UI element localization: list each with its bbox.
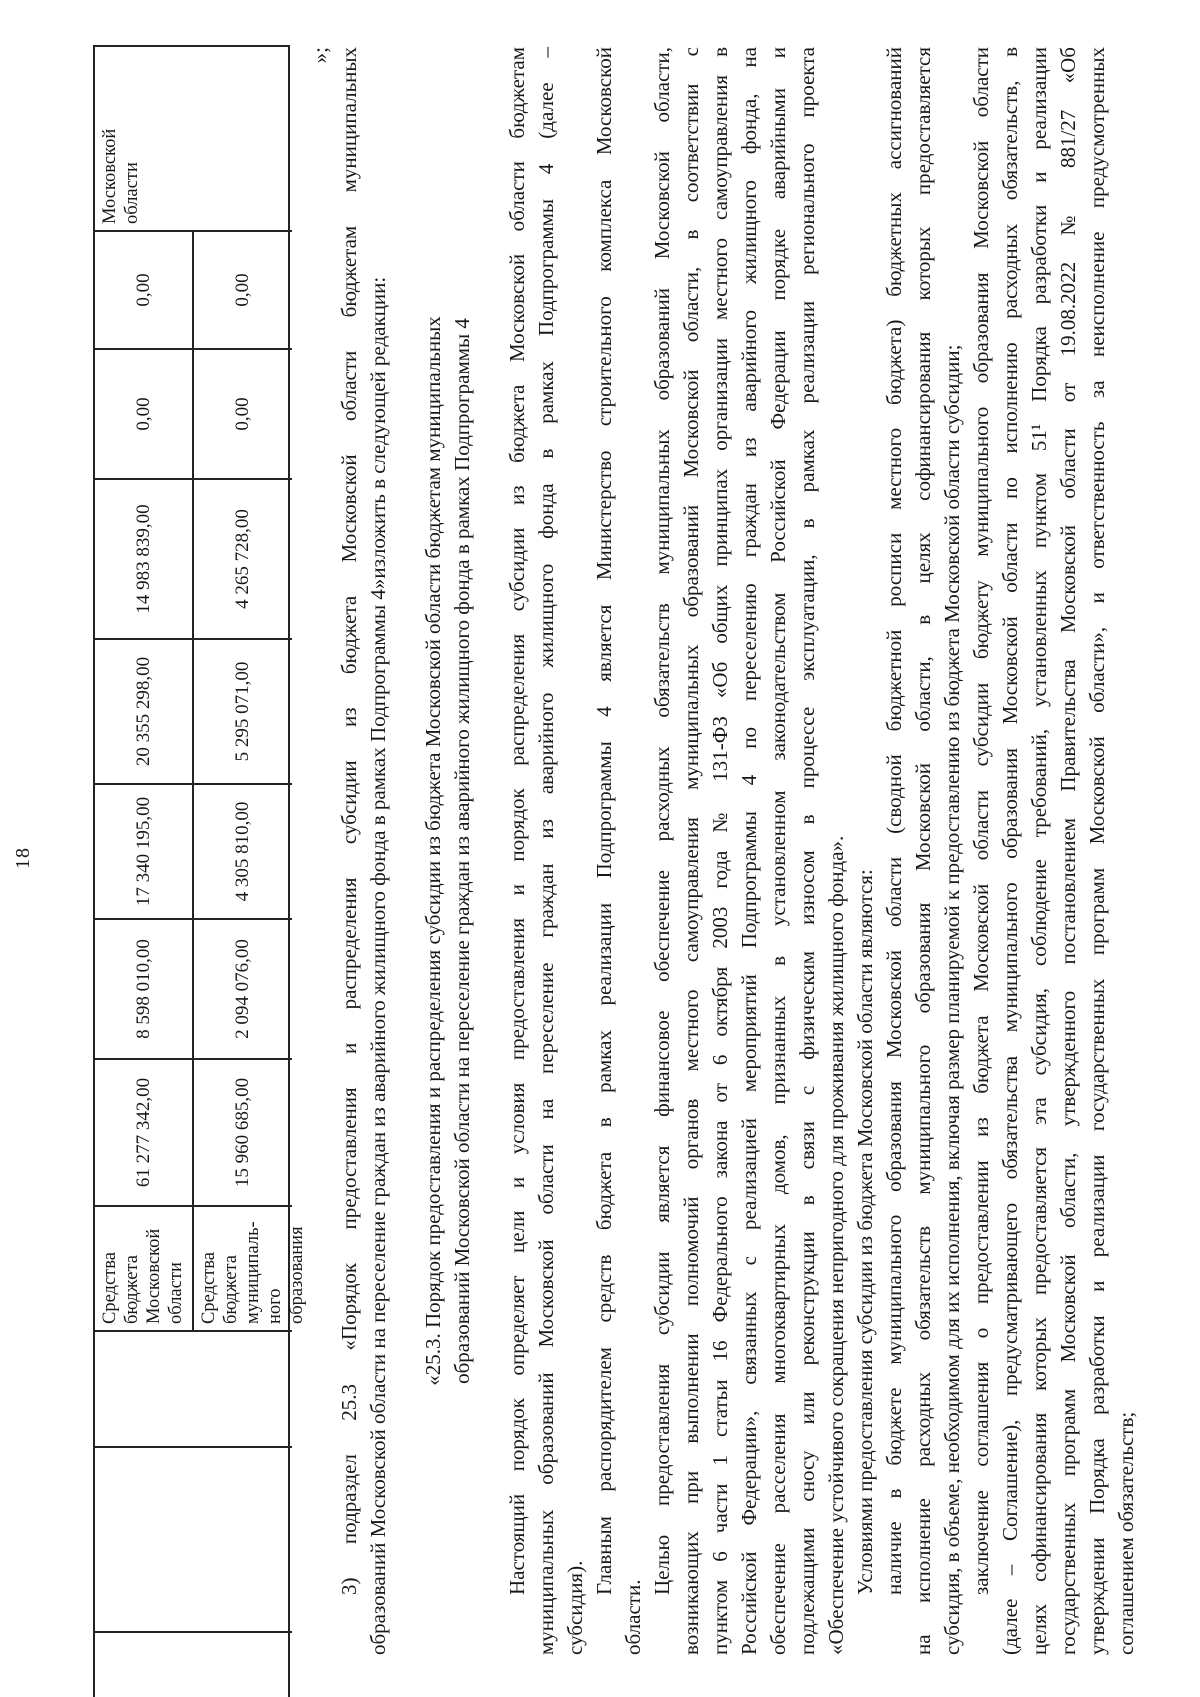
table-cell: 0,00 xyxy=(192,232,292,350)
text-line: пунктом 6 части 1 статьи 16 Федерального… xyxy=(706,47,735,1655)
text-line: образований Московской области на пересе… xyxy=(364,47,393,1655)
text-line: «Обеспечение устойчивого сокращения непр… xyxy=(822,47,851,1655)
text-line: соглашением обязательств; xyxy=(1112,47,1141,1655)
paragraph: заключение соглашения о предоставлении и… xyxy=(967,47,1141,1655)
text-line: заключение соглашения о предоставлении и… xyxy=(967,47,996,1655)
table-cell: 20 355 298,00 xyxy=(95,640,192,785)
table-cell: 4 265 728,00 xyxy=(192,480,292,640)
text-line: Российской Федерации», связанных с реали… xyxy=(735,47,764,1655)
table-cell: 61 277 342,00 xyxy=(95,1060,192,1207)
table-cell: 17 340 195,00 xyxy=(95,785,192,920)
text-line: субсидия, в объеме, необходимом для их и… xyxy=(938,47,967,1655)
table-cell: 4 305 810,00 xyxy=(192,785,292,920)
table-corner-cell: Московской области xyxy=(95,45,292,232)
table-cell-empty xyxy=(95,1332,292,1448)
text-line: подлежащими сносу или реконструкции в св… xyxy=(793,47,822,1655)
table-cell: 0,00 xyxy=(95,232,192,350)
table-cell: 5 295 071,00 xyxy=(192,640,292,785)
body-text: »; 3) подраздел 25.3 «Порядок предоставл… xyxy=(306,47,1141,1655)
table-cell: 0,00 xyxy=(95,350,192,480)
text-line: области. xyxy=(619,47,648,1655)
table-cell-empty xyxy=(95,1448,292,1633)
table-cell-empty-cut xyxy=(95,1633,292,1697)
heading-line: образований Московской области на пересе… xyxy=(448,47,477,1655)
text-line: возникающих при выполнении полномочий ор… xyxy=(677,47,706,1655)
text-line: (далее – Соглашение), предусматривающего… xyxy=(996,47,1025,1655)
table-cell: 14 983 839,00 xyxy=(95,480,192,640)
paragraph-item3: 3) подраздел 25.3 «Порядок предоставлени… xyxy=(335,47,393,1655)
text-line: целях софинансирования которых предостав… xyxy=(1025,47,1054,1655)
section-heading: «25.3. Порядок предоставления и распреде… xyxy=(419,47,477,1655)
table-row2-header: Средства бюджета муниципаль- ного образо… xyxy=(192,1207,292,1332)
page-number: 18 xyxy=(12,816,35,900)
table-row1-header: Средства бюджета Московской области xyxy=(95,1207,192,1332)
table-cell: 2 094 076,00 xyxy=(192,920,292,1060)
budget-table: Средства бюджета Московской области 61 2… xyxy=(93,45,290,1697)
table-cell: 8 598 010,00 xyxy=(95,920,192,1060)
paragraph: наличие в бюджете муниципального образов… xyxy=(880,47,967,1655)
table-cell: 15 960 685,00 xyxy=(192,1060,292,1207)
scanned-page: 18 Средства бюджета Московской области 6… xyxy=(0,0,1200,1697)
paragraph: Условиями предоставления субсидии из бюд… xyxy=(851,47,880,1655)
text-line: субсидия). xyxy=(561,47,590,1655)
text-line: муниципальных образований Московской обл… xyxy=(532,47,561,1655)
heading-line: «25.3. Порядок предоставления и распреде… xyxy=(419,47,448,1655)
text-line: наличие в бюджете муниципального образов… xyxy=(880,47,909,1655)
text-line: Условиями предоставления субсидии из бюд… xyxy=(851,47,880,1655)
text-line: Настоящий порядок определяет цели и усло… xyxy=(503,47,532,1655)
text-line: государственных программ Московской обла… xyxy=(1054,47,1083,1655)
text-line: Главным распорядителем средств бюджета в… xyxy=(590,47,619,1655)
text-line: обеспечение расселения многоквартирных д… xyxy=(764,47,793,1655)
text-line: на исполнение расходных обязательств мун… xyxy=(909,47,938,1655)
table-cell: 0,00 xyxy=(192,350,292,480)
text-line: 3) подраздел 25.3 «Порядок предоставлени… xyxy=(335,47,364,1655)
closing-quote: »; xyxy=(306,47,335,1655)
text-line: Целью предоставления субсидии является ф… xyxy=(648,47,677,1655)
paragraph: Целью предоставления субсидии является ф… xyxy=(648,47,851,1655)
text-line: утверждении Порядка разработки и реализа… xyxy=(1083,47,1112,1655)
paragraph: Настоящий порядок определяет цели и усло… xyxy=(503,47,590,1655)
paragraph: Главным распорядителем средств бюджета в… xyxy=(590,47,648,1655)
